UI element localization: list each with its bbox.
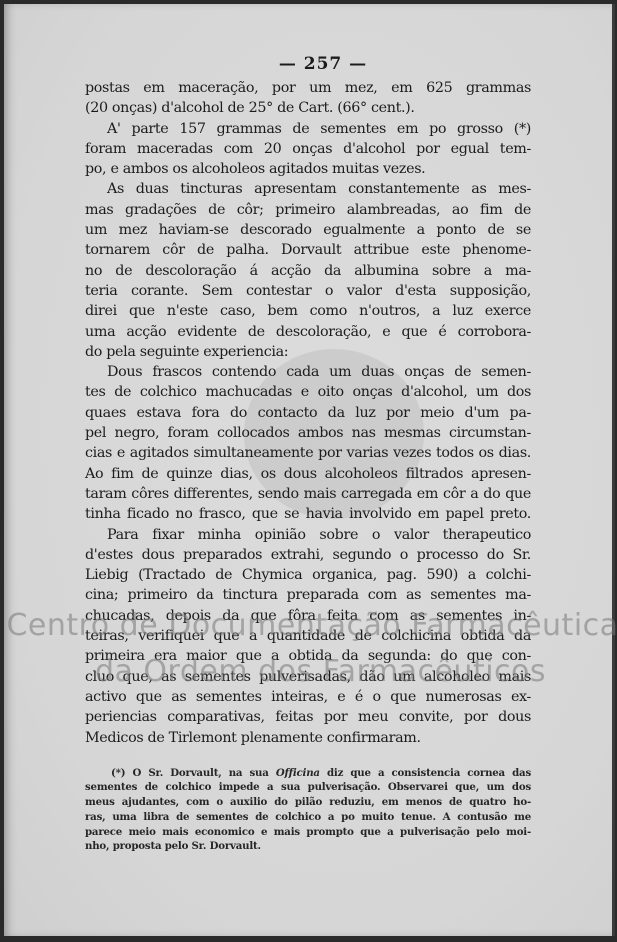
page-text: — 257 — postas em maceração, por um mez,… [85, 54, 531, 854]
footnote-line: sementes de colchico impede a sua pulver… [85, 780, 531, 795]
body-line: cluo que, as sementes pulverisadas, dão … [85, 667, 531, 687]
body-line: tes de colchico machucadas e oito onças … [85, 382, 531, 402]
body-line: Liebig (Tractado de Chymica organica, pa… [85, 565, 531, 585]
footnote-line: (*) O Sr. Dorvault, na sua Officina diz … [85, 766, 531, 781]
body-line: cina; primeiro da tinctura preparada com… [85, 585, 531, 605]
body-line: cias e agitados simultaneamente por vari… [85, 443, 531, 463]
body-line: po, e ambos os alcoholeos agitados muita… [85, 159, 531, 179]
footnote: (*) O Sr. Dorvault, na sua Officina diz … [85, 766, 531, 854]
body-line: taram côres differentes, sendo mais carr… [85, 484, 531, 504]
footnote-line: parece meio mais economico e mais prompt… [85, 825, 531, 840]
footnote-text: (*) O Sr. Dorvault, na sua [111, 767, 276, 779]
footnote-italic-title: Officina [276, 767, 320, 779]
body-line: no de descoloração á acção da albumina s… [85, 261, 531, 281]
body-line: primeira era maior que a obtida da segun… [85, 646, 531, 666]
body-line: pel negro, foram collocados ambos nas me… [85, 423, 531, 443]
body-line: um mez haviam-se descorado egualmente a … [85, 220, 531, 240]
body-line: d'estes dous preparados extrahi, segundo… [85, 545, 531, 565]
body-line: Para fixar minha opinião sobre o valor t… [85, 525, 531, 545]
page-number: — 257 — [115, 54, 531, 74]
body-line: Ao fim de quinze dias, os dous alcoholeo… [85, 464, 531, 484]
body-line: A' parte 157 grammas de sementes em po g… [85, 119, 531, 139]
footnote-line: meus ajudantes, com o auxilio do pilão r… [85, 795, 531, 810]
footnote-text: diz que a consistencia cornea das [320, 767, 531, 779]
body-line: teiras, verifiquei que a quantidade de c… [85, 626, 531, 646]
footnote-line: ras, uma libra de sementes de colchico a… [85, 810, 531, 825]
body-line: do pela seguinte experiencia: [85, 342, 531, 362]
body-line: chucadas, depois da que fôra feita com a… [85, 606, 531, 626]
body-line: teria corante. Sem contestar o valor d'e… [85, 281, 531, 301]
scanned-book-page: — 257 — postas em maceração, por um mez,… [4, 4, 615, 936]
footnote-line: nho, proposta pelo Sr. Dorvault. [85, 839, 531, 854]
body-line: As duas tincturas apresentam constanteme… [85, 179, 531, 199]
body-line: (20 onças) d'alcohol de 25° de Cart. (66… [85, 98, 531, 118]
body-line: tornarem côr de palha. Dorvault attribue… [85, 240, 531, 260]
body-line: mas gradações de côr; primeiro alambread… [85, 200, 531, 220]
body-line: tinha ficado no frasco, que se havia inv… [85, 504, 531, 524]
body-line: activo que as sementes inteiras, e é o q… [85, 687, 531, 707]
body-line: postas em maceração, por um mez, em 625 … [85, 78, 531, 98]
body-line: direi que n'este caso, bem como n'outros… [85, 301, 531, 321]
body-line: Dous frascos contendo cada um duas onças… [85, 362, 531, 382]
body-line: periencias comparativas, feitas por meu … [85, 707, 531, 727]
body-line: uma acção evidente de descoloração, e qu… [85, 322, 531, 342]
body-line: foram maceradas com 20 onças d'alcohol p… [85, 139, 531, 159]
body-line: quaes estava fora do contacto da luz por… [85, 403, 531, 423]
body-line: Medicos de Tirlemont plenamente confirma… [85, 728, 531, 748]
